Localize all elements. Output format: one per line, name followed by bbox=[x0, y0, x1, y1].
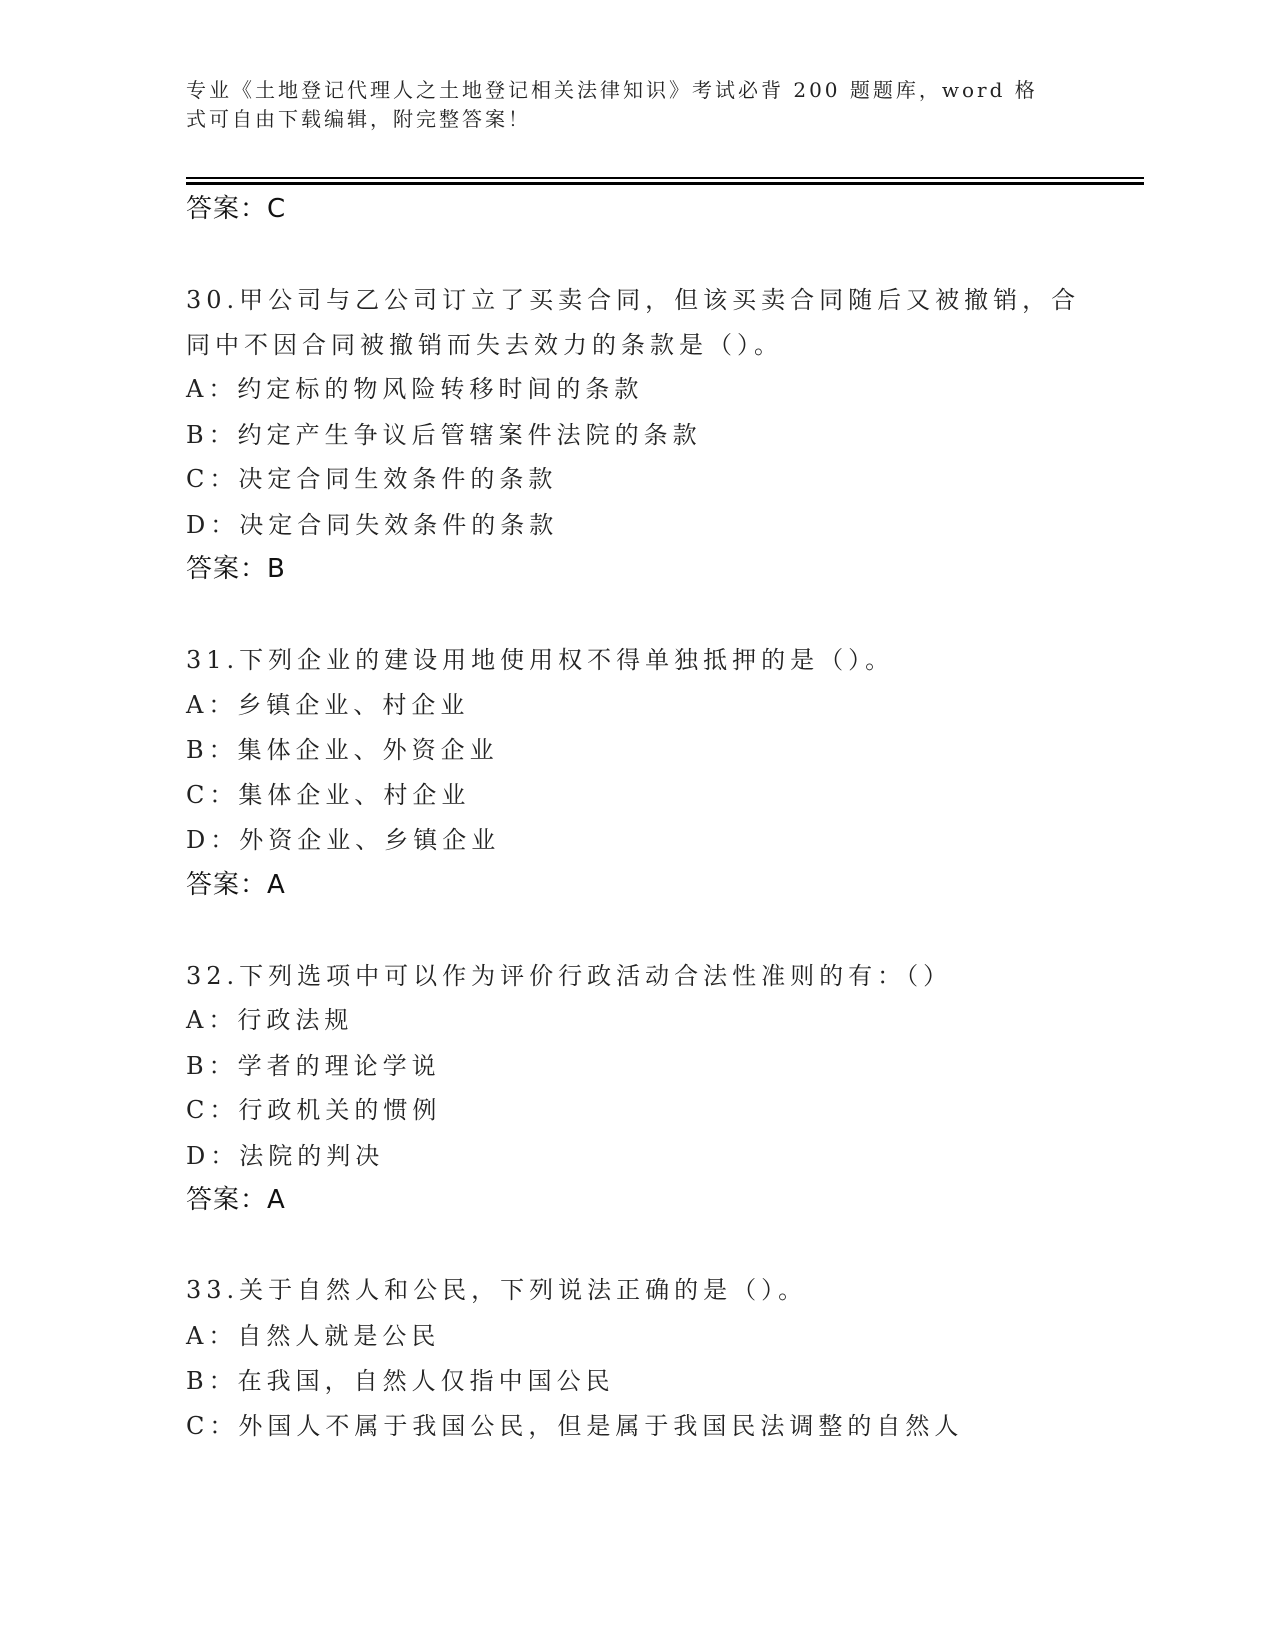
question-32-option-c: C：行政机关的惯例 bbox=[186, 1095, 441, 1125]
page-header: 专业《土地登记代理人之土地登记相关法律知识》考试必背 200 题题库，word … bbox=[186, 76, 1086, 134]
question-31-answer: 答案：A bbox=[186, 870, 286, 900]
header-divider-thin bbox=[186, 177, 1144, 179]
question-31-option-d: D：外资企业、乡镇企业 bbox=[186, 825, 500, 855]
question-31-option-b: B：集体企业、外资企业 bbox=[186, 735, 499, 765]
answer-label-q29: 答案：C bbox=[186, 194, 286, 224]
question-32-option-a: A：行政法规 bbox=[186, 1005, 353, 1035]
question-33-option-a: A：自然人就是公民 bbox=[186, 1321, 440, 1351]
question-32-option-b: B：学者的理论学说 bbox=[186, 1051, 441, 1081]
question-31-option-a: A：乡镇企业、村企业 bbox=[186, 690, 469, 720]
question-30-stem-line-2: 同中不因合同被撤销而失去效力的条款是（）。 bbox=[186, 330, 783, 360]
question-31-option-c: C：集体企业、村企业 bbox=[186, 780, 470, 810]
header-line-1: 专业《土地登记代理人之土地登记相关法律知识》考试必背 200 题题库，word … bbox=[186, 76, 1086, 105]
question-33-option-b: B：在我国，自然人仅指中国公民 bbox=[186, 1366, 615, 1396]
question-30-option-c: C：决定合同生效条件的条款 bbox=[186, 464, 557, 494]
question-31-stem: 31.下列企业的建设用地使用权不得单独抵押的是（）。 bbox=[186, 645, 894, 675]
header-divider-thick bbox=[186, 182, 1144, 185]
question-30-option-a: A：约定标的物风险转移时间的条款 bbox=[186, 374, 643, 404]
question-30-option-b: B：约定产生争议后管辖案件法院的条款 bbox=[186, 420, 702, 450]
question-32-answer: 答案：A bbox=[186, 1185, 286, 1215]
question-32-option-d: D：法院的判决 bbox=[186, 1141, 384, 1171]
question-30-answer: 答案：B bbox=[186, 554, 286, 584]
question-30-stem-line-1: 30.甲公司与乙公司订立了买卖合同，但该买卖合同随后又被撤销，合 bbox=[186, 285, 1080, 315]
question-33-option-c: C：外国人不属于我国公民，但是属于我国民法调整的自然人 bbox=[186, 1411, 963, 1441]
question-33-stem: 33.关于自然人和公民，下列说法正确的是（）。 bbox=[186, 1275, 807, 1305]
document-page: 专业《土地登记代理人之土地登记相关法律知识》考试必背 200 题题库，word … bbox=[0, 0, 1275, 1650]
question-32-stem: 32.下列选项中可以作为评价行政活动合法性准则的有：（） bbox=[186, 961, 952, 991]
header-line-2: 式可自由下载编辑，附完整答案！ bbox=[186, 105, 1086, 134]
question-30-option-d: D：决定合同失效条件的条款 bbox=[186, 510, 558, 540]
